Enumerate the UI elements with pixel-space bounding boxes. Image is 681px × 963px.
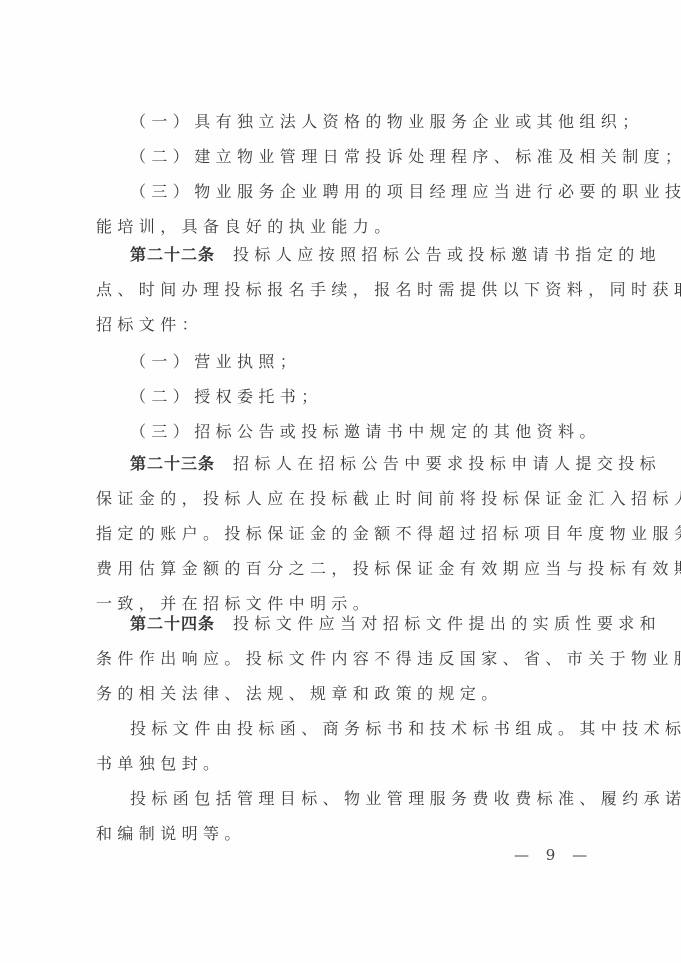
- paragraph-line: 能培训，具备良好的执业能力。: [96, 217, 606, 237]
- list-item-required-doc-2: （二）授权委托书；: [130, 387, 640, 407]
- line-text: （三）物业服务企业聘用的项目经理应当进行必要的职业技: [130, 182, 681, 201]
- paragraph-line: 招标文件：: [96, 315, 606, 335]
- line-text: 点、时间办理投标报名手续，报名时需提供以下资料，同时获取: [96, 280, 681, 299]
- paragraph-line: 费用估算金额的百分之二，投标保证金有效期应当与投标有效期: [96, 559, 606, 579]
- line-text: 投标文件由投标函、商务标书和技术标书组成。其中技术标: [130, 719, 681, 738]
- line-text: 投标文件应当对招标文件提出的实质性要求和: [233, 614, 661, 633]
- line-text: 招标人在招标公告中要求投标申请人提交投标: [233, 454, 661, 473]
- line-text: 和编制说明等。: [96, 824, 246, 843]
- line-text: （二）授权委托书；: [130, 387, 323, 406]
- paragraph-line: 保证金的，投标人应在投标截止时间前将投标保证金汇入招标人: [96, 489, 606, 509]
- article-number: 第二十三条: [130, 454, 215, 473]
- article-number: 第二十四条: [130, 614, 215, 633]
- line-text: （一）具有独立法人资格的物业服务企业或其他组织；: [130, 112, 644, 131]
- article-number: 第二十二条: [130, 245, 215, 264]
- paragraph-line: 点、时间办理投标报名手续，报名时需提供以下资料，同时获取: [96, 280, 606, 300]
- line-text: （三）招标公告或投标邀请书中规定的其他资料。: [130, 422, 601, 441]
- line-text: 招标文件：: [96, 315, 203, 334]
- paragraph-line: 一致，并在招标文件中明示。: [96, 594, 606, 614]
- line-text: 务的相关法律、法规、规章和政策的规定。: [96, 684, 503, 703]
- line-text: 条件作出响应。投标文件内容不得违反国家、省、市关于物业服: [96, 649, 681, 668]
- line-text: （一）营业执照；: [130, 352, 301, 371]
- article-24-heading-line: 第二十四条投标文件应当对招标文件提出的实质性要求和: [130, 614, 640, 634]
- document-page: （一）具有独立法人资格的物业服务企业或其他组织； （二）建立物业管理日常投诉处理…: [0, 0, 681, 963]
- paragraph-line: 条件作出响应。投标文件内容不得违反国家、省、市关于物业服: [96, 649, 606, 669]
- line-text: 指定的账户。投标保证金的金额不得超过招标项目年度物业服务: [96, 524, 681, 543]
- article-23-heading-line: 第二十三条招标人在招标公告中要求投标申请人提交投标: [130, 454, 640, 474]
- list-item-qualification-2: （二）建立物业管理日常投诉处理程序、标准及相关制度；: [130, 147, 640, 167]
- line-text: （二）建立物业管理日常投诉处理程序、标准及相关制度；: [130, 147, 681, 166]
- line-text: 投标函包括管理目标、物业管理服务费收费标准、履约承诺: [130, 789, 681, 808]
- line-text: 费用估算金额的百分之二，投标保证金有效期应当与投标有效期: [96, 559, 681, 578]
- line-text: 能培训，具备良好的执业能力。: [96, 217, 396, 236]
- article-22-heading-line: 第二十二条投标人应按照招标公告或投标邀请书指定的地: [130, 245, 640, 265]
- line-text: 书单独包封。: [96, 754, 224, 773]
- line-text: 保证金的，投标人应在投标截止时间前将投标保证金汇入招标人: [96, 489, 681, 508]
- list-item-required-doc-1: （一）营业执照；: [130, 352, 640, 372]
- list-item-qualification-3: （三）物业服务企业聘用的项目经理应当进行必要的职业技: [130, 182, 640, 202]
- paragraph-line: 投标文件由投标函、商务标书和技术标书组成。其中技术标: [130, 719, 640, 739]
- paragraph-line: 和编制说明等。: [96, 824, 606, 844]
- list-item-qualification-1: （一）具有独立法人资格的物业服务企业或其他组织；: [130, 112, 640, 132]
- page-number: — 9 —: [514, 846, 593, 864]
- paragraph-line: 指定的账户。投标保证金的金额不得超过招标项目年度物业服务: [96, 524, 606, 544]
- line-text: 投标人应按照招标公告或投标邀请书指定的地: [233, 245, 661, 264]
- paragraph-line: 书单独包封。: [96, 754, 606, 774]
- paragraph-line: 投标函包括管理目标、物业管理服务费收费标准、履约承诺: [130, 789, 640, 809]
- list-item-required-doc-3: （三）招标公告或投标邀请书中规定的其他资料。: [130, 422, 640, 442]
- line-text: 一致，并在招标文件中明示。: [96, 594, 374, 613]
- paragraph-line: 务的相关法律、法规、规章和政策的规定。: [96, 684, 606, 704]
